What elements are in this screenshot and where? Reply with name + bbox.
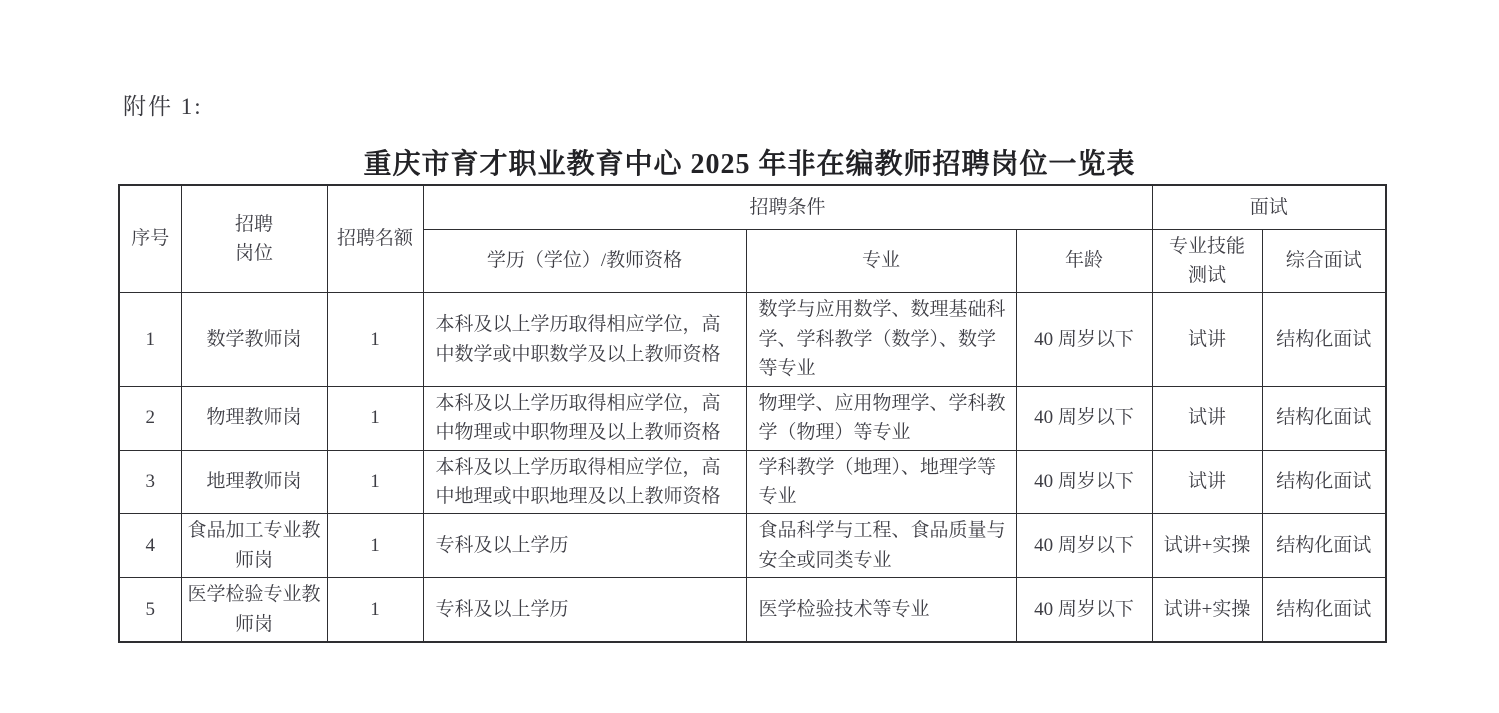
table-row: 3 地理教师岗 1 本科及以上学历取得相应学位，高中地理或中职地理及以上教师资格… (119, 450, 1386, 514)
cell-age: 40 周岁以下 (1016, 578, 1152, 642)
cell-post: 数学教师岗 (181, 293, 327, 386)
table-row: 2 物理教师岗 1 本科及以上学历取得相应学位，高中物理或中职物理及以上教师资格… (119, 386, 1386, 450)
header-seq: 序号 (119, 185, 181, 293)
cell-age: 40 周岁以下 (1016, 293, 1152, 386)
cell-quota: 1 (327, 293, 423, 386)
cell-comprehensive: 结构化面试 (1262, 450, 1386, 514)
cell-quota: 1 (327, 514, 423, 578)
cell-education: 本科及以上学历取得相应学位，高中物理或中职物理及以上教师资格 (423, 386, 746, 450)
cell-skill-test: 试讲+实操 (1152, 578, 1262, 642)
page-title: 重庆市育才职业教育中心 2025 年非在编教师招聘岗位一览表 (0, 142, 1499, 182)
cell-major: 食品科学与工程、食品质量与安全或同类专业 (746, 514, 1016, 578)
cell-major: 数学与应用数学、数理基础科学、学科教学（数学）、数学等专业 (746, 293, 1016, 386)
header-interview-group: 面试 (1152, 185, 1386, 229)
header-comprehensive: 综合面试 (1262, 229, 1386, 293)
cell-education: 专科及以上学历 (423, 514, 746, 578)
cell-skill-test: 试讲 (1152, 450, 1262, 514)
header-major: 专业 (746, 229, 1016, 293)
header-age: 年龄 (1016, 229, 1152, 293)
cell-quota: 1 (327, 450, 423, 514)
cell-age: 40 周岁以下 (1016, 386, 1152, 450)
table-row: 5 医学检验专业教师岗 1 专科及以上学历 医学检验技术等专业 40 周岁以下 … (119, 578, 1386, 642)
cell-skill-test: 试讲 (1152, 386, 1262, 450)
header-education: 学历（学位）/教师资格 (423, 229, 746, 293)
cell-post: 食品加工专业教师岗 (181, 514, 327, 578)
cell-education: 本科及以上学历取得相应学位，高中地理或中职地理及以上教师资格 (423, 450, 746, 514)
cell-comprehensive: 结构化面试 (1262, 293, 1386, 386)
cell-major: 医学检验技术等专业 (746, 578, 1016, 642)
cell-major: 学科教学（地理）、地理学等专业 (746, 450, 1016, 514)
cell-education: 本科及以上学历取得相应学位，高中数学或中职数学及以上教师资格 (423, 293, 746, 386)
document-page: 附件 1: 重庆市育才职业教育中心 2025 年非在编教师招聘岗位一览表 序号 … (0, 0, 1499, 713)
cell-skill-test: 试讲 (1152, 293, 1262, 386)
cell-seq: 4 (119, 514, 181, 578)
header-skill-test: 专业技能 测试 (1152, 229, 1262, 293)
header-row-groups: 序号 招聘 岗位 招聘名额 招聘条件 面试 (119, 185, 1386, 229)
cell-post: 地理教师岗 (181, 450, 327, 514)
recruitment-table: 序号 招聘 岗位 招聘名额 招聘条件 面试 学历（学位）/教师资格 专业 年龄 … (118, 184, 1387, 643)
cell-comprehensive: 结构化面试 (1262, 514, 1386, 578)
cell-post: 医学检验专业教师岗 (181, 578, 327, 642)
cell-seq: 2 (119, 386, 181, 450)
table-row: 4 食品加工专业教师岗 1 专科及以上学历 食品科学与工程、食品质量与安全或同类… (119, 514, 1386, 578)
cell-skill-test: 试讲+实操 (1152, 514, 1262, 578)
header-quota: 招聘名额 (327, 185, 423, 293)
header-conditions-group: 招聘条件 (423, 185, 1152, 229)
table-row: 1 数学教师岗 1 本科及以上学历取得相应学位，高中数学或中职数学及以上教师资格… (119, 293, 1386, 386)
cell-quota: 1 (327, 578, 423, 642)
cell-comprehensive: 结构化面试 (1262, 578, 1386, 642)
header-post-line1: 招聘 (188, 210, 321, 239)
cell-education: 专科及以上学历 (423, 578, 746, 642)
header-skill-test-line2: 测试 (1159, 261, 1256, 290)
cell-age: 40 周岁以下 (1016, 514, 1152, 578)
cell-comprehensive: 结构化面试 (1262, 386, 1386, 450)
header-post: 招聘 岗位 (181, 185, 327, 293)
cell-seq: 3 (119, 450, 181, 514)
cell-seq: 5 (119, 578, 181, 642)
header-skill-test-line1: 专业技能 (1159, 232, 1256, 261)
cell-age: 40 周岁以下 (1016, 450, 1152, 514)
attachment-label: 附件 1: (123, 88, 203, 121)
cell-post: 物理教师岗 (181, 386, 327, 450)
cell-major: 物理学、应用物理学、学科教学（物理）等专业 (746, 386, 1016, 450)
cell-seq: 1 (119, 293, 181, 386)
header-post-line2: 岗位 (188, 239, 321, 268)
cell-quota: 1 (327, 386, 423, 450)
